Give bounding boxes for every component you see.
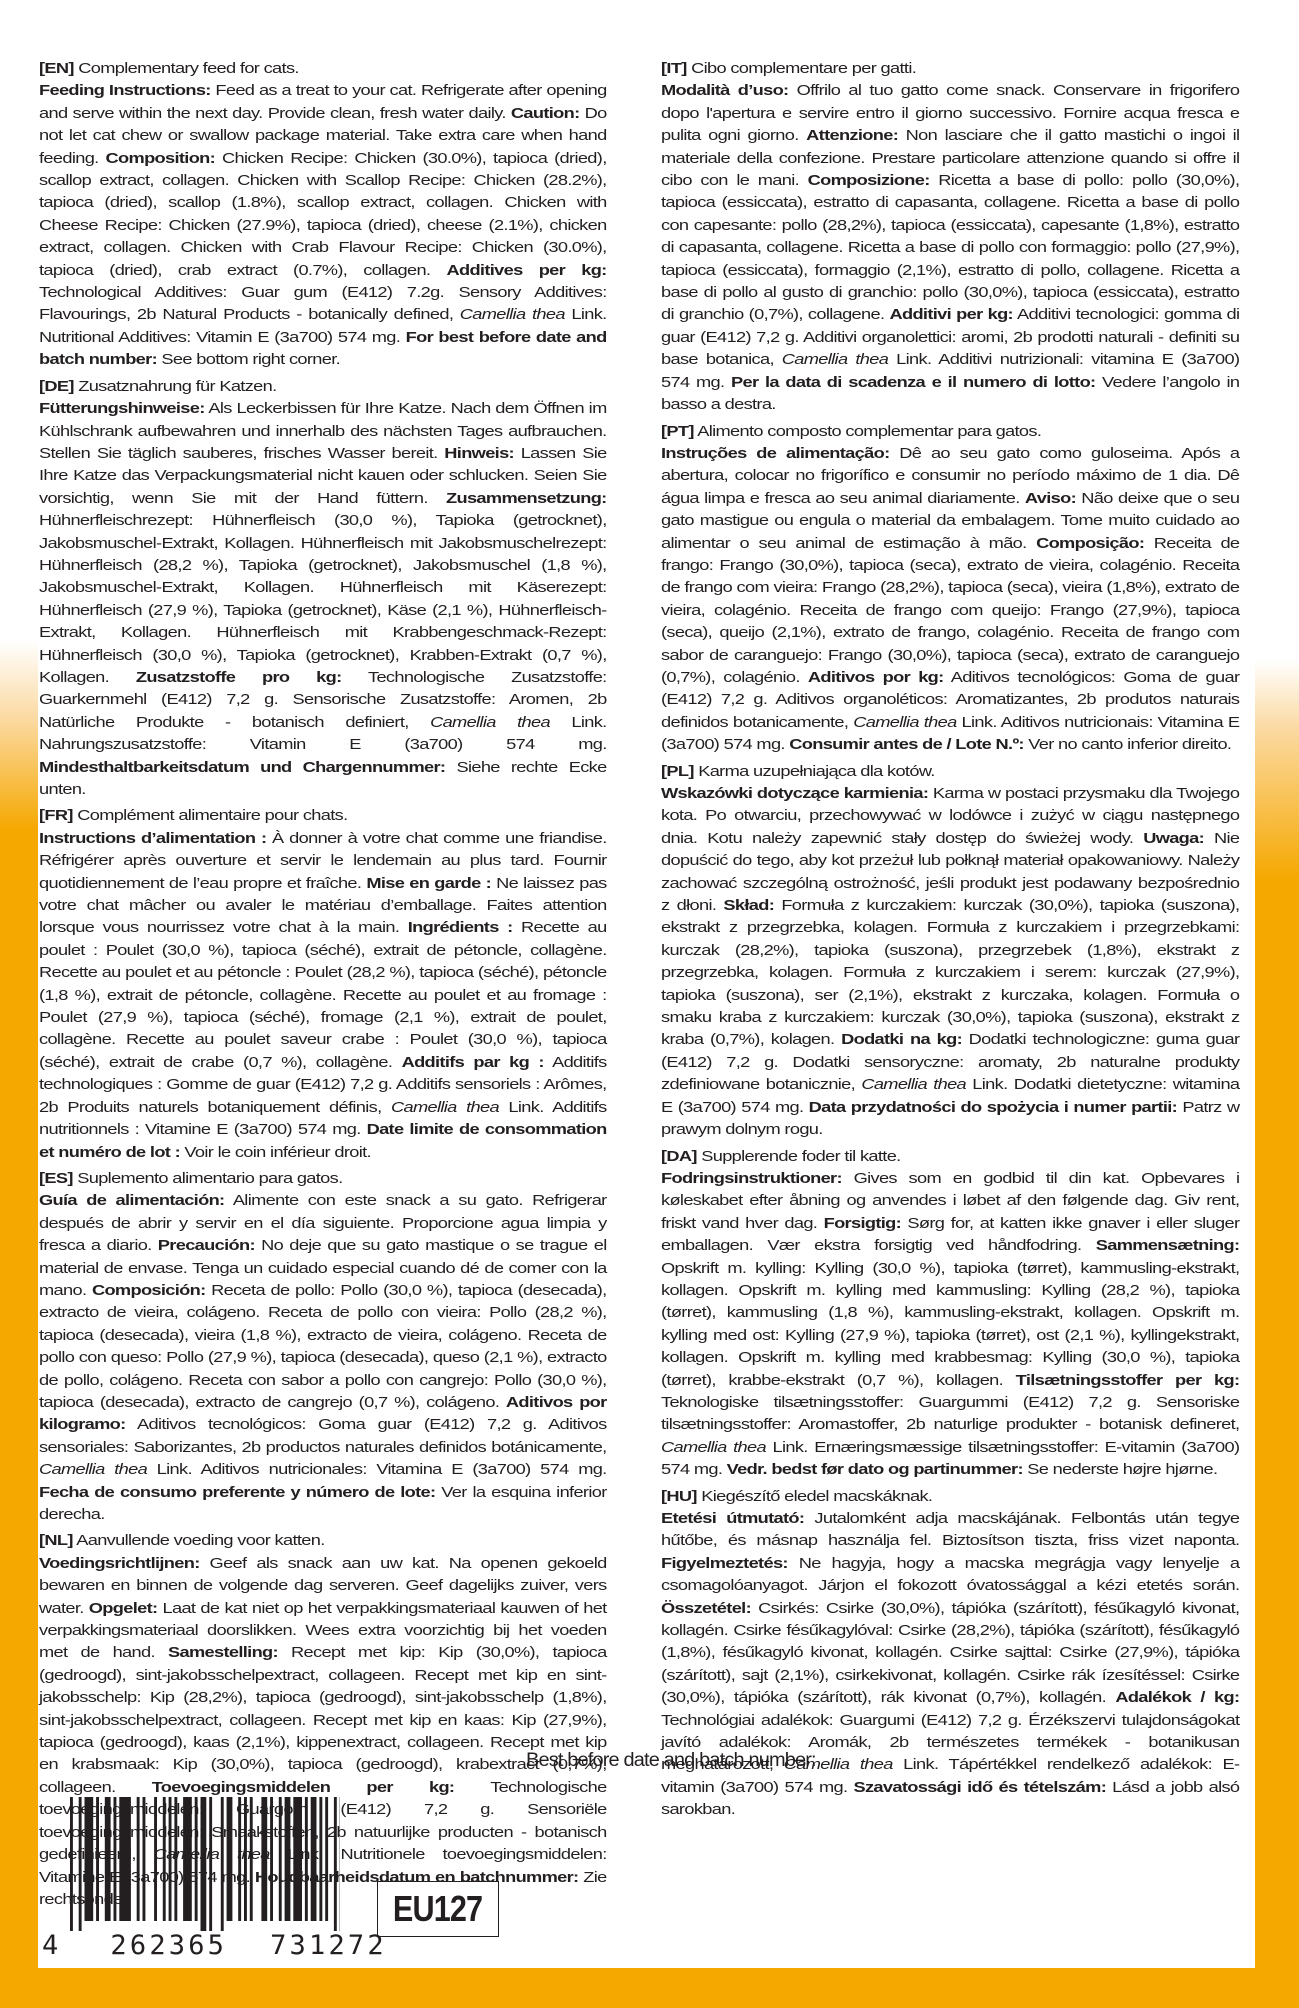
bold-label: Tilsætningsstoffer per kg: xyxy=(1016,1372,1240,1389)
italic-species-name: Camellia thea xyxy=(853,714,956,731)
body-text: Recept met kip: Kip (30,0%), tapioca (ge… xyxy=(39,1644,607,1795)
body-text: Link. Aditivos nutricionales: Vitamina E… xyxy=(147,1461,607,1478)
italic-species-name: Camellia thea xyxy=(39,1461,147,1478)
eu-code-badge: EU127 xyxy=(377,1881,499,1937)
section-body: Guía de alimentación: Alimente con este … xyxy=(39,1190,607,1526)
body-text: Teknologiske tilsætningsstoffer: Guargum… xyxy=(661,1394,1239,1433)
barcode-number: 4 262365 731272 xyxy=(42,1930,387,1961)
bold-label: Additivi per kg: xyxy=(889,306,1012,323)
language-code: [ES] xyxy=(39,1170,73,1187)
italic-species-name: Camellia thea xyxy=(782,351,888,368)
barcode-digit-first: 4 xyxy=(42,1930,61,1961)
language-code: [IT] xyxy=(661,60,687,77)
right-text-column: [IT] Cibo complementare per gatti.Modali… xyxy=(661,58,1239,1826)
italic-species-name: Camellia thea xyxy=(391,1099,499,1116)
orange-frame-left xyxy=(0,0,38,2008)
language-section-da: [DA] Supplerende foder til katte.Fodring… xyxy=(661,1146,1239,1482)
language-section-pl: [PL] Karma uzupełniająca dla kotów.Wskaz… xyxy=(661,761,1239,1142)
bold-label: Instruções de alimentação: xyxy=(661,445,889,462)
section-body: Wskazówki dotyczące karmienia: Karma w p… xyxy=(661,783,1239,1142)
bold-label: Attenzione: xyxy=(806,127,898,144)
bold-label: Zusammensetzung: xyxy=(446,490,607,507)
bold-label: Consumir antes de / Lote N.º: xyxy=(789,736,1024,753)
section-title: Suplemento alimentario para gatos. xyxy=(77,1170,342,1187)
bold-label: Per la data di scadenza e il numero di l… xyxy=(731,374,1096,391)
language-section-it: [IT] Cibo complementare per gatti.Modali… xyxy=(661,58,1239,417)
language-section-de: [DE] Zusatznahrung für Katzen.Fütterungs… xyxy=(39,376,607,802)
bold-label: Uwaga: xyxy=(1143,830,1204,847)
bold-label: Samestelling: xyxy=(168,1644,278,1661)
bold-label: Instructions d’alimentation : xyxy=(39,830,266,847)
bold-label: Composição: xyxy=(1036,535,1144,552)
bold-label: Fütterungshinweise: xyxy=(39,400,205,417)
barcode-icon xyxy=(70,1797,340,1931)
body-text: See bottom right corner. xyxy=(157,351,340,368)
bold-label: Caution: xyxy=(511,105,580,122)
bold-label: Szavatossági idő és tételszám: xyxy=(853,1779,1106,1796)
bold-label: Composition: xyxy=(106,150,216,167)
body-text: Receita de frango: Frango (30,0%), tapio… xyxy=(661,535,1239,686)
body-text: Voir le coin inférieur droit. xyxy=(180,1144,371,1161)
section-heading: [DE] Zusatznahrung für Katzen. xyxy=(39,376,607,398)
body-text: Chicken Recipe: Chicken (30.0%), tapioca… xyxy=(39,150,607,279)
orange-frame-bottom xyxy=(0,1968,1299,2008)
section-body: Etetési útmutató: Jutalomként adja macsk… xyxy=(661,1508,1239,1822)
bold-label: Composizione: xyxy=(808,172,930,189)
body-text: Ver no canto inferior direito. xyxy=(1024,736,1231,753)
body-text: Hühnerfleischrezept: Hühnerfleisch (30,0… xyxy=(39,512,607,686)
language-code: [PL] xyxy=(661,763,694,780)
section-heading: [EN] Complementary feed for cats. xyxy=(39,58,607,80)
section-title: Kiegészítő eledel macskáknak. xyxy=(701,1488,932,1505)
bold-label: Modalità d’uso: xyxy=(661,82,788,99)
language-section-pt: [PT] Alimento composto complementar para… xyxy=(661,421,1239,757)
language-code: [EN] xyxy=(39,60,74,77)
language-code: [HU] xyxy=(661,1488,697,1505)
eu-code-text: EU127 xyxy=(393,1888,482,1930)
bold-label: Zusatzstoffe pro kg: xyxy=(136,669,342,686)
body-text: Opskrift m. kylling: Kylling (30,0 %), t… xyxy=(661,1260,1239,1389)
section-heading: [ES] Suplemento alimentario para gatos. xyxy=(39,1168,607,1190)
barcode-digits-left: 262365 xyxy=(110,1930,227,1961)
language-code: [DA] xyxy=(661,1148,697,1165)
bold-label: Voedingsrichtlijnen: xyxy=(39,1555,200,1572)
section-title: Karma uzupełniająca dla kotów. xyxy=(698,763,935,780)
section-title: Cibo complementare per gatti. xyxy=(691,60,916,77)
bold-label: Ingrédients : xyxy=(408,919,513,936)
bold-label: Aviso: xyxy=(1025,490,1076,507)
section-heading: [HU] Kiegészítő eledel macskáknak. xyxy=(661,1486,1239,1508)
italic-species-name: Camellia thea xyxy=(460,306,565,323)
section-heading: [FR] Complément alimentaire pour chats. xyxy=(39,805,607,827)
bold-label: Additives per kg: xyxy=(446,262,606,279)
barcode-digits-right: 731272 xyxy=(270,1930,387,1961)
language-code: [PT] xyxy=(661,423,694,440)
section-body: Feeding Instructions: Feed as a treat to… xyxy=(39,80,607,371)
section-title: Complementary feed for cats. xyxy=(78,60,299,77)
section-title: Aanvullende voeding voor katten. xyxy=(76,1532,324,1549)
bold-label: Dodatki na kg: xyxy=(841,1031,962,1048)
body-text: Receta de pollo: Pollo (30,0 %), tapioca… xyxy=(39,1282,607,1411)
bold-label: Mindesthaltbarkeitsdatum und Chargennumm… xyxy=(39,759,445,776)
language-section-es: [ES] Suplemento alimentario para gatos.G… xyxy=(39,1168,607,1527)
section-title: Zusatznahrung für Katzen. xyxy=(78,378,276,395)
body-text: Ricetta a base di pollo: pollo (30,0%), … xyxy=(661,172,1239,323)
bold-label: Opgelet: xyxy=(89,1600,158,1617)
bold-label: Összetétel: xyxy=(661,1600,751,1617)
language-section-en: [EN] Complementary feed for cats.Feeding… xyxy=(39,58,607,372)
section-title: Supplerende foder til katte. xyxy=(701,1148,900,1165)
section-heading: [PL] Karma uzupełniająca dla kotów. xyxy=(661,761,1239,783)
section-body: Instruções de alimentação: Dê ao seu gat… xyxy=(661,443,1239,757)
bold-label: Composición: xyxy=(92,1282,206,1299)
language-code: [DE] xyxy=(39,378,74,395)
bold-label: Adalékok / kg: xyxy=(1115,1689,1239,1706)
italic-species-name: Camellia thea xyxy=(430,714,550,731)
language-code: [NL] xyxy=(39,1532,73,1549)
body-text: Se nederste højre hjørne. xyxy=(1023,1461,1218,1478)
bold-label: Fodringsinstruktioner: xyxy=(661,1170,842,1187)
language-code: [FR] xyxy=(39,807,73,824)
bold-label: Vedr. bedst før dato og partinummer: xyxy=(727,1461,1023,1478)
best-before-label: Best before date and batch number: xyxy=(526,1750,816,1772)
bold-label: Forsigtig: xyxy=(824,1215,901,1232)
section-body: Instructions d’alimentation : À donner à… xyxy=(39,828,607,1164)
section-heading: [PT] Alimento composto complementar para… xyxy=(661,421,1239,443)
bold-label: Toevoegingsmiddelen per kg: xyxy=(152,1779,455,1796)
bold-label: Guía de alimentación: xyxy=(39,1192,224,1209)
orange-frame-right xyxy=(1255,0,1299,2008)
bold-label: Wskazówki dotyczące karmienia: xyxy=(661,785,928,802)
bold-label: Fecha de consumo preferente y número de … xyxy=(39,1484,435,1501)
section-title: Alimento composto complementar para gato… xyxy=(697,423,1041,440)
italic-species-name: Camellia thea xyxy=(661,1439,766,1456)
bold-label: Hinweis: xyxy=(444,445,514,462)
section-body: Modalità d’uso: Offrilo al tuo gatto com… xyxy=(661,80,1239,416)
language-section-fr: [FR] Complément alimentaire pour chats.I… xyxy=(39,805,607,1164)
section-heading: [IT] Cibo complementare per gatti. xyxy=(661,58,1239,80)
bold-label: Mise en garde : xyxy=(366,875,491,892)
left-text-column: [EN] Complementary feed for cats.Feeding… xyxy=(39,58,607,1915)
section-heading: [NL] Aanvullende voeding voor katten. xyxy=(39,1530,607,1552)
section-body: Fodringsinstruktioner: Gives som en godb… xyxy=(661,1168,1239,1482)
bold-label: Figyelmeztetés: xyxy=(661,1555,788,1572)
bold-label: Precaución: xyxy=(158,1237,255,1254)
bold-label: Sammensætning: xyxy=(1096,1237,1240,1254)
bold-label: Etetési útmutató: xyxy=(661,1510,804,1527)
body-text: Recette au poulet : Poulet (30,0 %), tap… xyxy=(39,919,607,1070)
italic-species-name: Camellia thea xyxy=(861,1076,966,1093)
body-text: Formuła z kurczakiem: kurczak (30,0%), t… xyxy=(661,897,1239,1048)
bold-label: Data przydatności do spożycia i numer pa… xyxy=(809,1099,1177,1116)
bold-label: Aditivos por kg: xyxy=(808,669,944,686)
bold-label: Additifs par kg : xyxy=(402,1054,544,1071)
bold-label: Skład: xyxy=(723,897,774,914)
section-heading: [DA] Supplerende foder til katte. xyxy=(661,1146,1239,1168)
section-body: Fütterungshinweise: Als Leckerbissen für… xyxy=(39,398,607,801)
bold-label: Feeding Instructions: xyxy=(39,82,211,99)
section-title: Complément alimentaire pour chats. xyxy=(77,807,347,824)
